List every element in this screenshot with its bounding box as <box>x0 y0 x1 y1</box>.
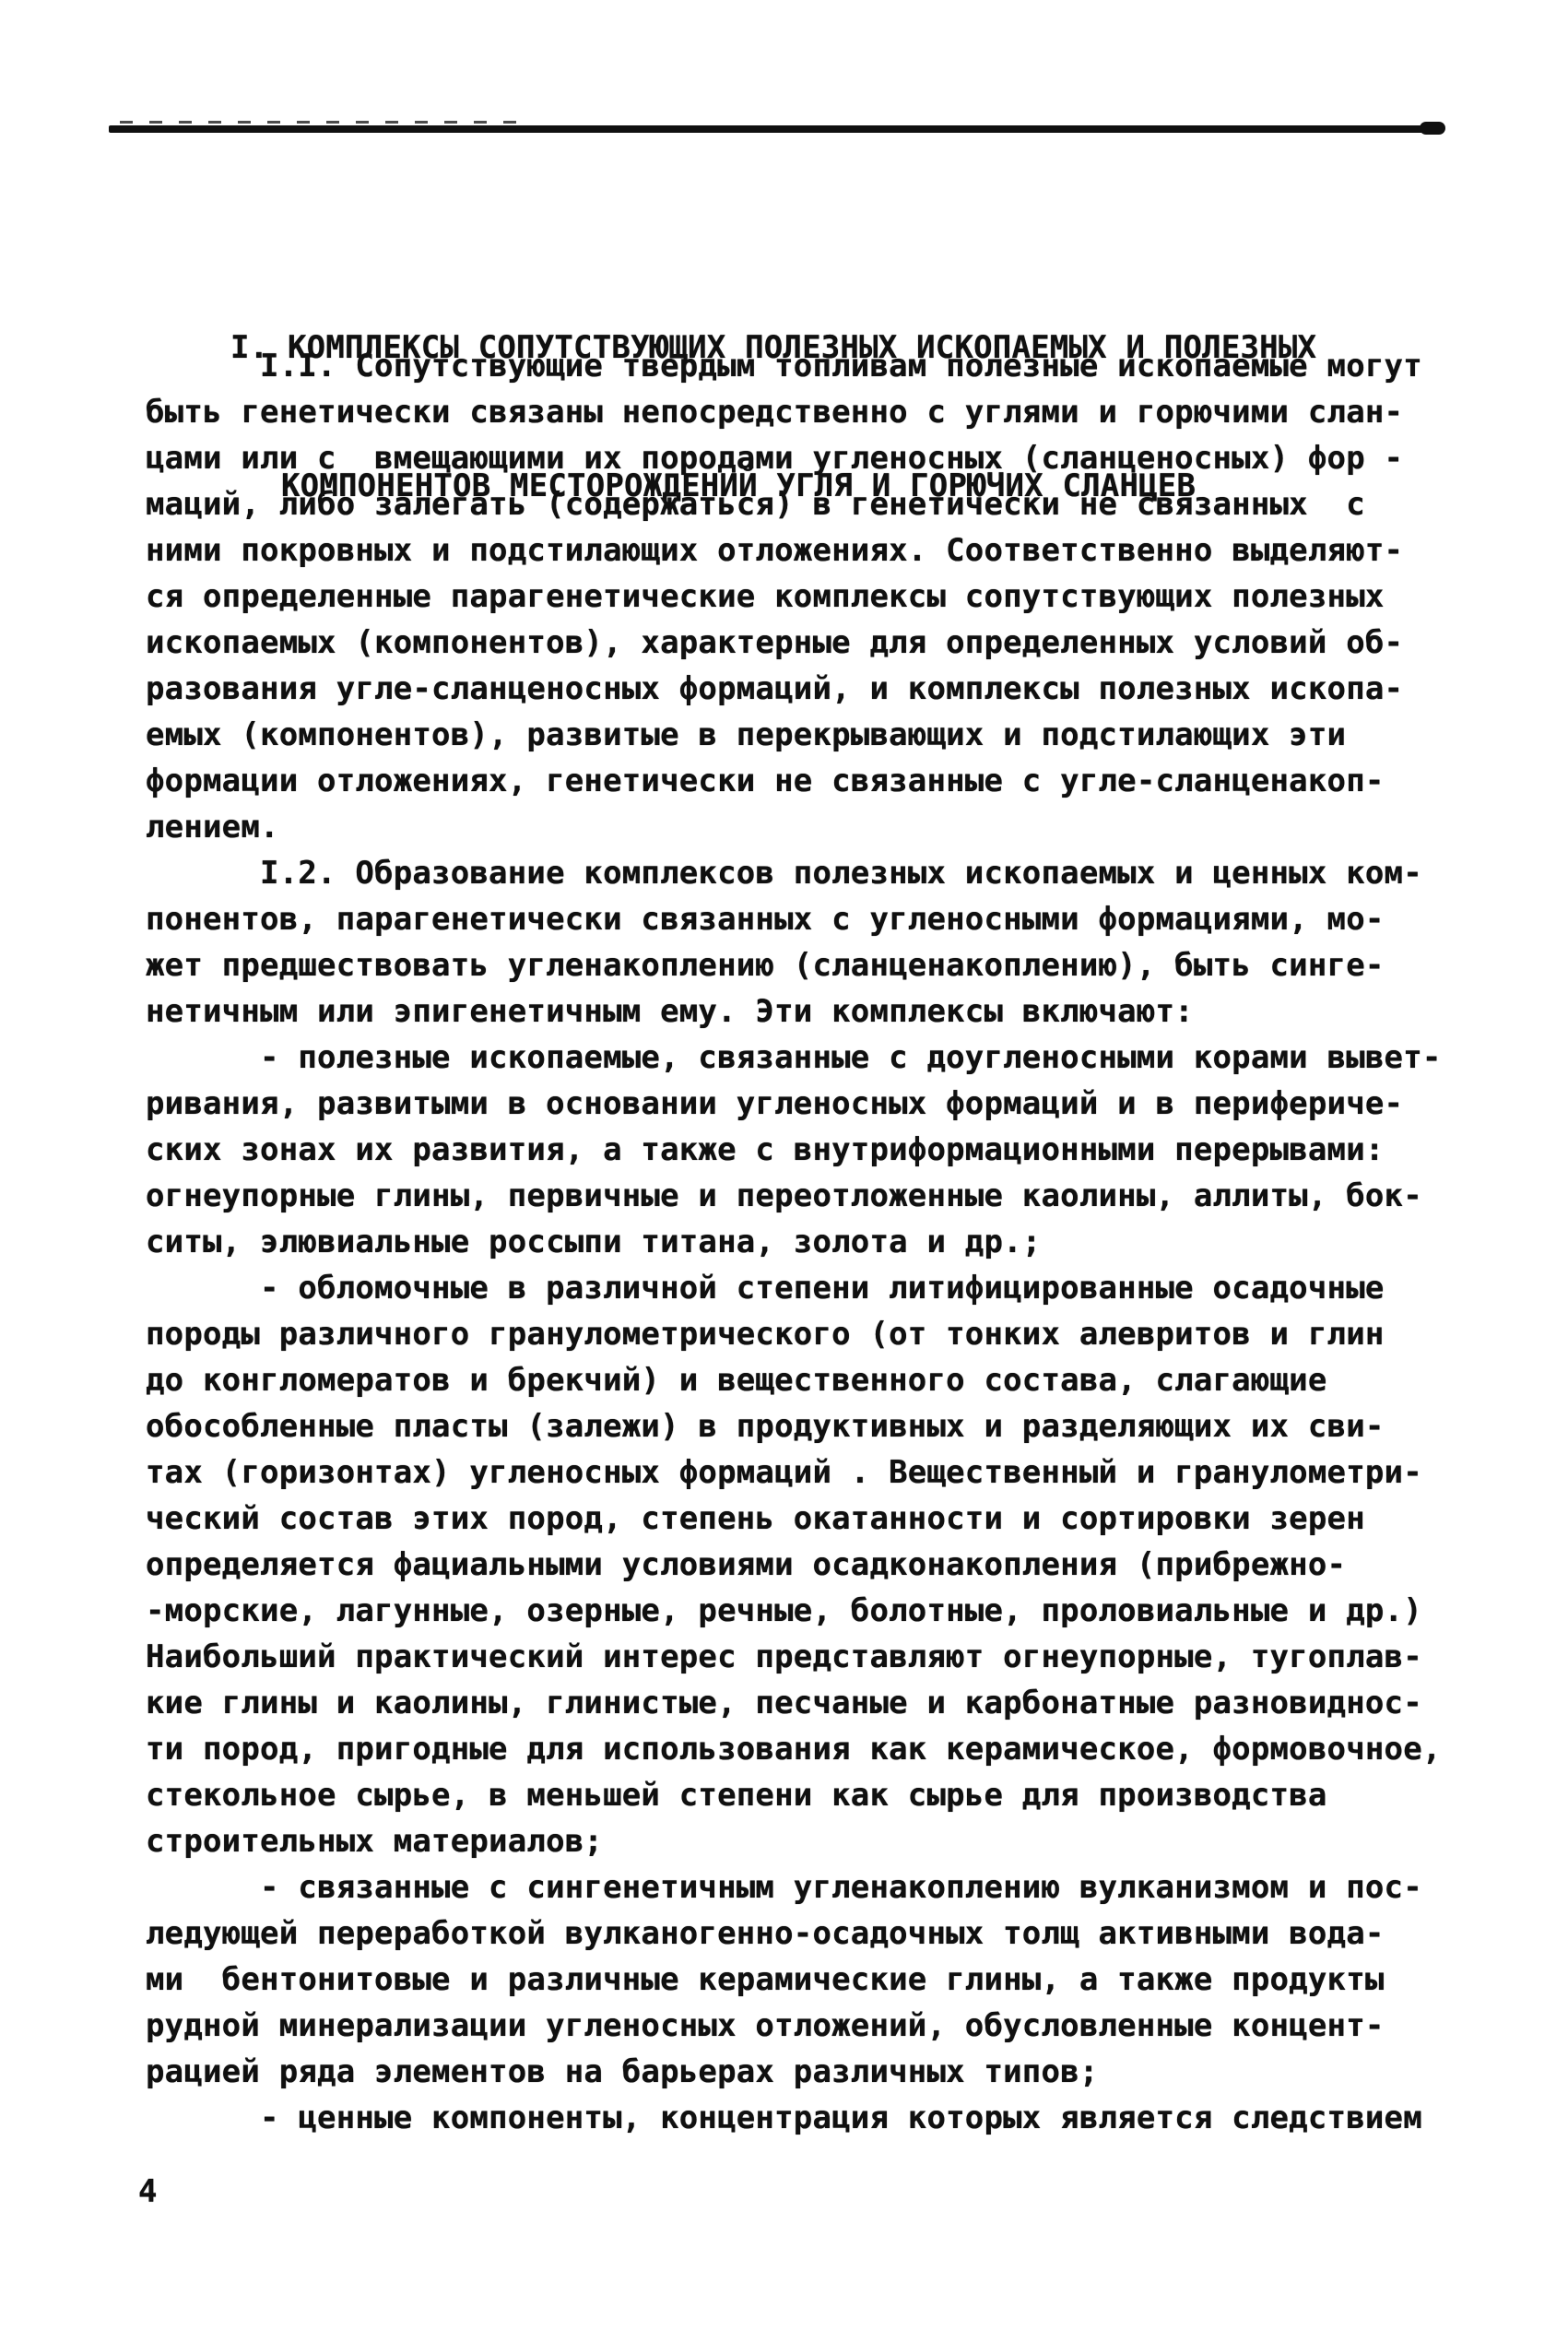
text-line: ти пород, пригодные для использования ка… <box>146 1726 1442 1772</box>
text-line: до конгломератов и брекчий) и вещественн… <box>146 1357 1442 1403</box>
text-line: рацией ряда элементов на барьерах различ… <box>146 2049 1442 2095</box>
text-line: ческий состав этих пород, степень окатан… <box>146 1496 1442 1542</box>
text-line: -морские, лагунные, озерные, речные, бол… <box>146 1588 1442 1634</box>
text-line: - обломочные в различной степени литифиц… <box>146 1265 1442 1311</box>
text-line: - связанные с сингенетичным угленакоплен… <box>146 1864 1442 1910</box>
text-line: нетичным или эпигенетичным ему. Эти комп… <box>146 988 1442 1035</box>
text-line: строительных материалов; <box>146 1818 1442 1864</box>
text-line: формации отложениях, генетически не связ… <box>146 758 1442 804</box>
text-line: - полезные ископаемые, связанные с доугл… <box>146 1035 1442 1081</box>
body-text: I.I. Сопутствующие твердым топливам поле… <box>146 343 1442 2141</box>
document-page: I. КОМПЛЕКСЫ СОПУТСТВУЮЩИХ ПОЛЕЗНЫХ ИСКО… <box>0 0 1568 2330</box>
text-line: ситы, элювиальные россыпи титана, золота… <box>146 1219 1442 1265</box>
page-number: 4 <box>138 2169 157 2215</box>
horizontal-rule-dashes <box>120 121 516 124</box>
text-line: ми бентонитовые и различные керамические… <box>146 1957 1442 2003</box>
text-line: быть генетически связаны непосредственно… <box>146 389 1442 435</box>
text-line: емых (компонентов), развитые в перекрыва… <box>146 712 1442 758</box>
text-line: тах (горизонтах) угленосных формаций . В… <box>146 1449 1442 1496</box>
text-line: лением. <box>146 804 1442 850</box>
text-line: ледующей переработкой вулканогенно-осадо… <box>146 1910 1442 1957</box>
text-line: I.2. Образование комплексов полезных иск… <box>146 850 1442 896</box>
text-line: определяется фациальными условиями осадк… <box>146 1542 1442 1588</box>
text-line: кие глины и каолины, глинистые, песчаные… <box>146 1680 1442 1726</box>
text-line: ся определенные парагенетические комплек… <box>146 574 1442 620</box>
text-line: цами или с вмещающими их породами углено… <box>146 435 1442 481</box>
text-line: маций, либо залегать (содержаться) в ген… <box>146 481 1442 527</box>
text-line: разования угле-сланценосных формаций, и … <box>146 666 1442 712</box>
text-line: обособленные пласты (залежи) в продуктив… <box>146 1403 1442 1449</box>
text-line: стекольное сырье, в меньшей степени как … <box>146 1772 1442 1818</box>
text-line: ними покровных и подстилающих отложениях… <box>146 527 1442 574</box>
text-line: ривания, развитыми в основании угленосны… <box>146 1081 1442 1127</box>
text-line: огнеупорные глины, первичные и переотлож… <box>146 1173 1442 1219</box>
text-line: - ценные компоненты, концентрация которы… <box>146 2095 1442 2141</box>
text-line: ископаемых (компонентов), характерные дл… <box>146 620 1442 666</box>
text-line: Наибольший практический интерес представ… <box>146 1634 1442 1680</box>
horizontal-rule-end-blob <box>1420 122 1445 135</box>
text-line: I.I. Сопутствующие твердым топливам поле… <box>146 343 1442 389</box>
text-line: жет предшествовать угленакоплению (сланц… <box>146 942 1442 988</box>
text-line: рудной минерализации угленосных отложени… <box>146 2003 1442 2049</box>
horizontal-rule <box>109 125 1443 133</box>
text-line: ских зонах их развития, а также с внутри… <box>146 1127 1442 1173</box>
text-line: породы различного гранулометрического (о… <box>146 1311 1442 1357</box>
text-line: понентов, парагенетически связанных с уг… <box>146 896 1442 942</box>
